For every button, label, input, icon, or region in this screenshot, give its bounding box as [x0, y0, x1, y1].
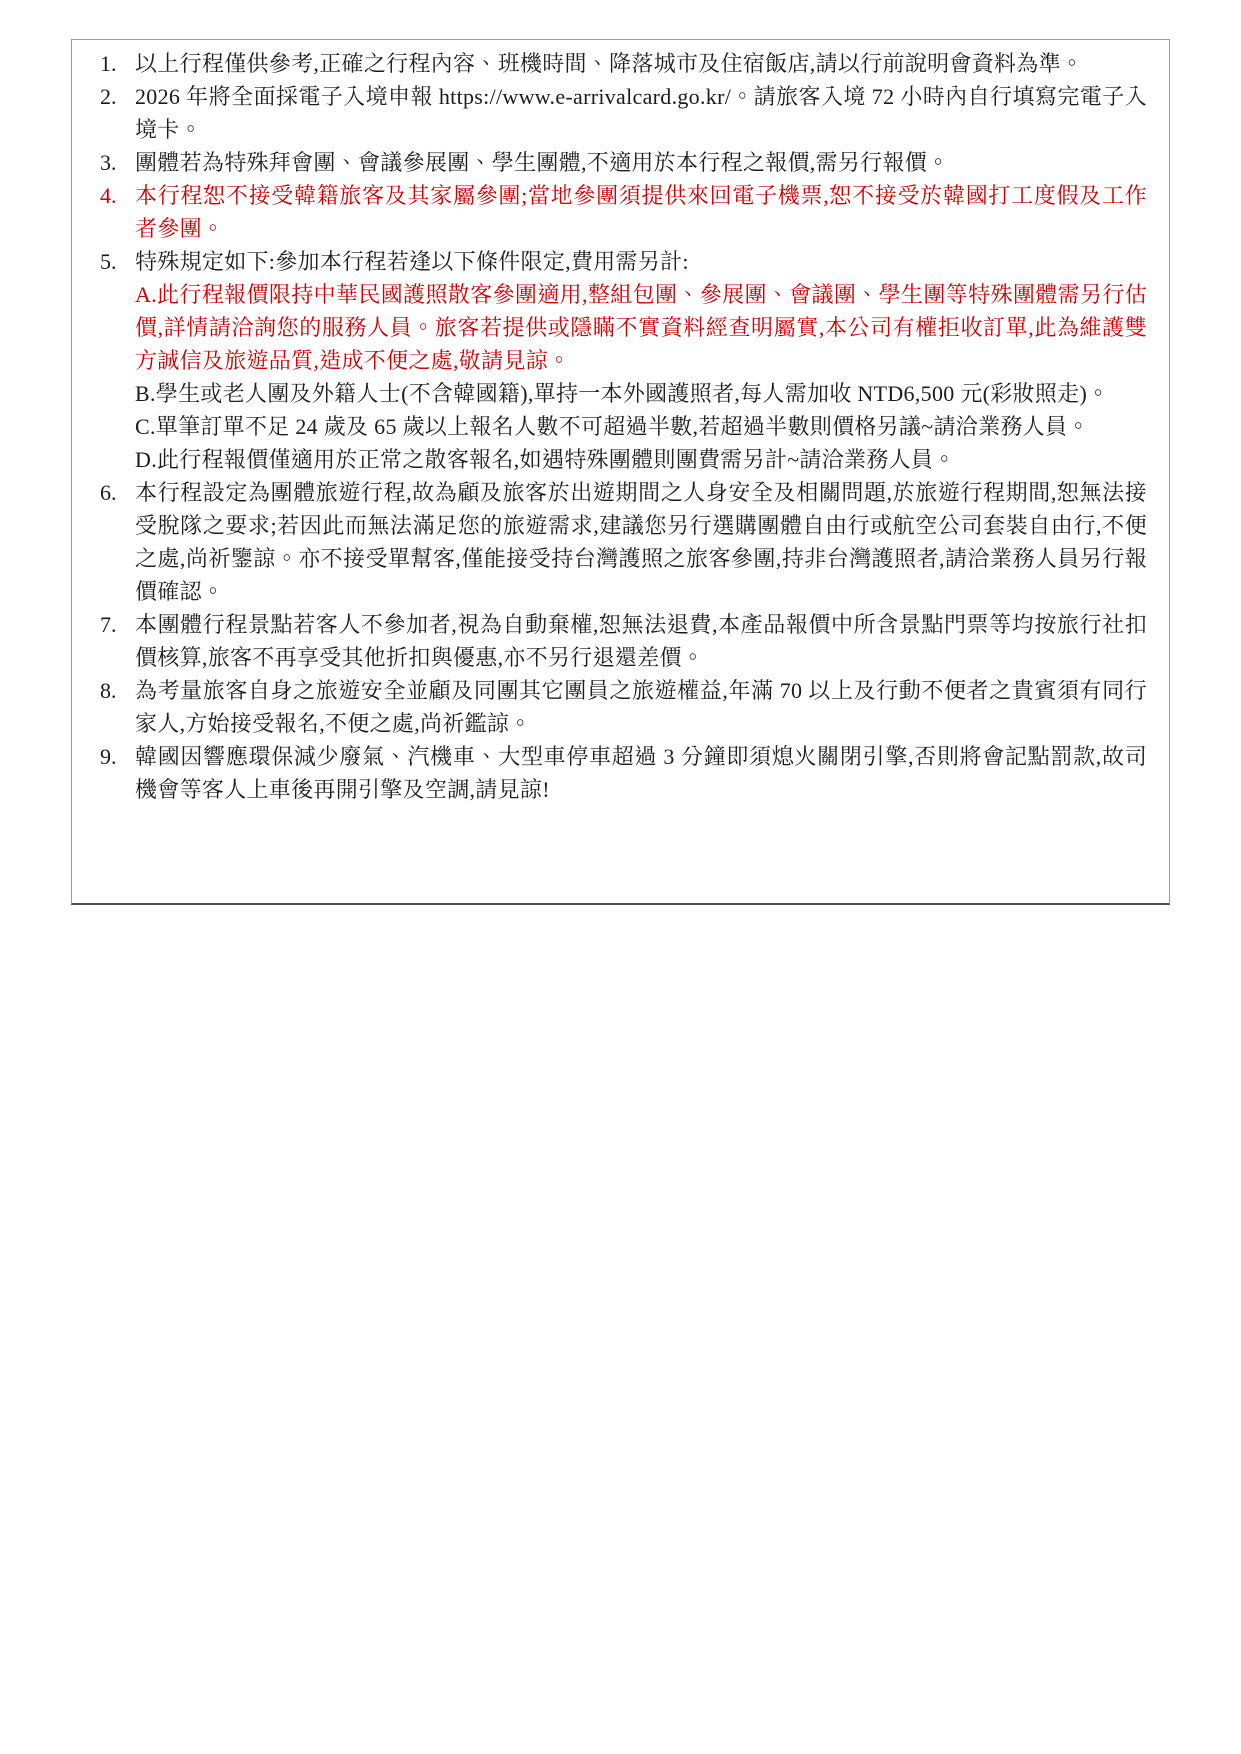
- item-body: 本行程恕不接受韓籍旅客及其家屬參團;當地參團須提供來回電子機票,恕不接受於韓國打…: [135, 179, 1147, 245]
- notice-paragraph-with-url: 2026 年將全面採電子入境申報 https://www.e-arrivalca…: [135, 80, 1147, 146]
- list-item: 1. 以上行程僅供參考,正確之行程內容、班機時間、降落城市及住宿飯店,請以行前說…: [100, 47, 1147, 80]
- item-number: 8.: [100, 674, 135, 707]
- item-number: 6.: [100, 476, 135, 509]
- item-body: 以上行程僅供參考,正確之行程內容、班機時間、降落城市及住宿飯店,請以行前說明會資…: [135, 47, 1147, 80]
- notice-paragraph: 本團體行程景點若客人不參加者,視為自動棄權,恕無法退費,本產品報價中所含景點門票…: [135, 608, 1147, 674]
- notice-box: 1. 以上行程僅供參考,正確之行程內容、班機時間、降落城市及住宿飯店,請以行前說…: [71, 39, 1170, 905]
- item-body: 為考量旅客自身之旅遊安全並顧及同團其它團員之旅遊權益,年滿 70 以上及行動不便…: [135, 674, 1147, 740]
- notice-subparagraph-c: C.單筆訂單不足 24 歲及 65 歲以上報名人數不可超過半數,若超過半數則價格…: [135, 410, 1147, 443]
- item-number: 3.: [100, 146, 135, 179]
- notice-subparagraph-d: D.此行程報價僅適用於正常之散客報名,如遇特殊團體則團費需另計~請洽業務人員。: [135, 443, 1147, 476]
- item-body: 本團體行程景點若客人不參加者,視為自動棄權,恕無法退費,本產品報價中所含景點門票…: [135, 608, 1147, 674]
- notice-paragraph: 特殊規定如下:參加本行程若逢以下條件限定,費用需另計:: [135, 245, 1147, 278]
- item-body: 特殊規定如下:參加本行程若逢以下條件限定,費用需另計: A.此行程報價限持中華民…: [135, 245, 1147, 476]
- document-page: 1. 以上行程僅供參考,正確之行程內容、班機時間、降落城市及住宿飯店,請以行前說…: [0, 0, 1241, 1754]
- notice-paragraph: 團體若為特殊拜會團、會議參展團、學生團體,不適用於本行程之報價,需另行報價。: [135, 146, 1147, 179]
- notice-paragraph: 以上行程僅供參考,正確之行程內容、班機時間、降落城市及住宿飯店,請以行前說明會資…: [135, 47, 1147, 80]
- notice-subparagraph-b: B.學生或老人團及外籍人士(不含韓國籍),單持一本外國護照者,每人需加收 NTD…: [135, 377, 1147, 410]
- item-number: 4.: [100, 179, 135, 212]
- item-body: 2026 年將全面採電子入境申報 https://www.e-arrivalca…: [135, 80, 1147, 146]
- item-body: 團體若為特殊拜會團、會議參展團、學生團體,不適用於本行程之報價,需另行報價。: [135, 146, 1147, 179]
- list-item: 6. 本行程設定為團體旅遊行程,故為顧及旅客於出遊期間之人身安全及相關問題,於旅…: [100, 476, 1147, 608]
- list-item: 8. 為考量旅客自身之旅遊安全並顧及同團其它團員之旅遊權益,年滿 70 以上及行…: [100, 674, 1147, 740]
- list-item: 7. 本團體行程景點若客人不參加者,視為自動棄權,恕無法退費,本產品報價中所含景…: [100, 608, 1147, 674]
- list-item: 9. 韓國因響應環保減少廢氣、汽機車、大型車停車超過 3 分鐘即須熄火關閉引擎,…: [100, 740, 1147, 806]
- list-item: 2. 2026 年將全面採電子入境申報 https://www.e-arriva…: [100, 80, 1147, 146]
- list-item: 3. 團體若為特殊拜會團、會議參展團、學生團體,不適用於本行程之報價,需另行報價…: [100, 146, 1147, 179]
- item-body: 韓國因響應環保減少廢氣、汽機車、大型車停車超過 3 分鐘即須熄火關閉引擎,否則將…: [135, 740, 1147, 806]
- notice-subparagraph-a-red: A.此行程報價限持中華民國護照散客參團適用,整組包團、參展團、會議團、學生團等特…: [135, 278, 1147, 377]
- notice-paragraph: 韓國因響應環保減少廢氣、汽機車、大型車停車超過 3 分鐘即須熄火關閉引擎,否則將…: [135, 740, 1147, 806]
- item-number: 7.: [100, 608, 135, 641]
- item-number: 1.: [100, 47, 135, 80]
- item-number: 9.: [100, 740, 135, 773]
- list-item: 4. 本行程恕不接受韓籍旅客及其家屬參團;當地參團須提供來回電子機票,恕不接受於…: [100, 179, 1147, 245]
- list-item: 5. 特殊規定如下:參加本行程若逢以下條件限定,費用需另計: A.此行程報價限持…: [100, 245, 1147, 476]
- notice-paragraph: 為考量旅客自身之旅遊安全並顧及同團其它團員之旅遊權益,年滿 70 以上及行動不便…: [135, 674, 1147, 740]
- notice-paragraph-red: 本行程恕不接受韓籍旅客及其家屬參團;當地參團須提供來回電子機票,恕不接受於韓國打…: [135, 179, 1147, 245]
- item-number: 2.: [100, 80, 135, 113]
- item-number: 5.: [100, 245, 135, 278]
- notice-paragraph: 本行程設定為團體旅遊行程,故為顧及旅客於出遊期間之人身安全及相關問題,於旅遊行程…: [135, 476, 1147, 608]
- item-body: 本行程設定為團體旅遊行程,故為顧及旅客於出遊期間之人身安全及相關問題,於旅遊行程…: [135, 476, 1147, 608]
